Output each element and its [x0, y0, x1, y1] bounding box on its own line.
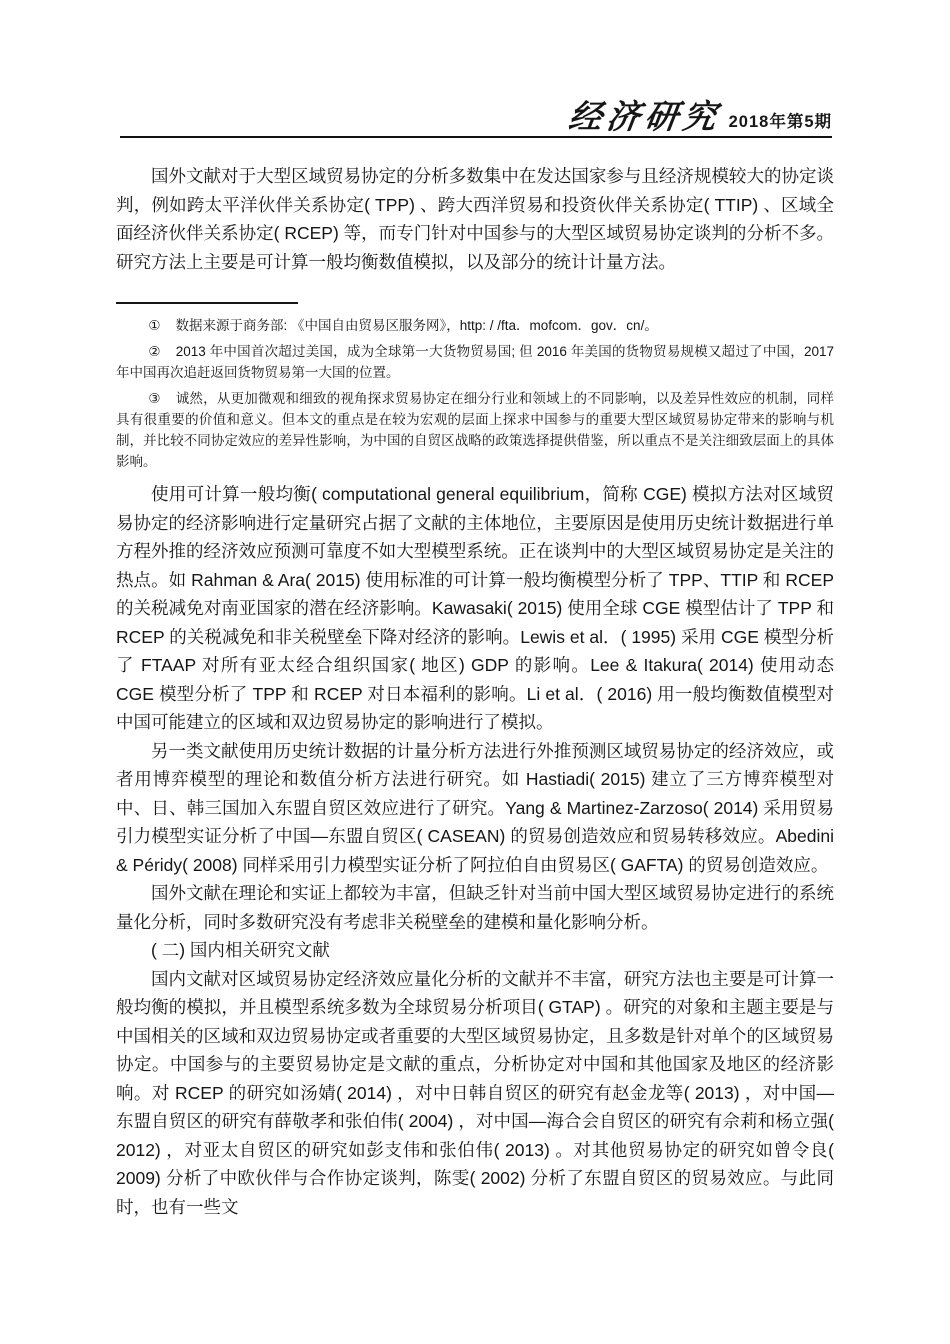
- econometric-literature-paragraph: 另一类文献使用历史统计数据的计量分析方法进行外推预测区域贸易协定的经济效应，或者…: [116, 737, 834, 880]
- domestic-literature-paragraph: 国内文献对区域贸易协定经济效应量化分析的文献并不丰富，研究方法也主要是可计算一般…: [116, 965, 834, 1222]
- cge-literature-paragraph: 使用可计算一般均衡( computational general equilib…: [116, 480, 834, 737]
- footnote-separator: [116, 302, 298, 304]
- intro-paragraph: 国外文献对于大型区域贸易协定的分析多数集中在发达国家参与且经济规模较大的协定谈判…: [116, 162, 834, 276]
- footnote-item: ③诚然，从更加微观和细致的视角探求贸易协定在细分行业和领域上的不同影响，以及差异…: [116, 388, 834, 472]
- journal-page: 经济研究 2018年第5期 国外文献对于大型区域贸易协定的分析多数集中在发达国家…: [0, 0, 950, 1344]
- footnote-item: ②2013 年中国首次超过美国，成为全球第一大货物贸易国; 但 2016 年美国…: [116, 341, 834, 383]
- foreign-literature-summary-paragraph: 国外文献在理论和实证上都较为丰富，但缺乏针对当前中国大型区域贸易协定进行的系统量…: [116, 879, 834, 936]
- footnote-marker: ③: [148, 391, 160, 406]
- issue-label: 2018年第5期: [729, 113, 832, 133]
- footnote-marker: ①: [148, 318, 160, 333]
- footnote-marker: ②: [148, 344, 160, 359]
- footnotes-block: ①数据来源于商务部: 《中国自由贸易区服务网》，http: / /fta．mof…: [116, 315, 834, 472]
- article-body: 国外文献对于大型区域贸易协定的分析多数集中在发达国家参与且经济规模较大的协定谈判…: [116, 162, 834, 1221]
- page-header: 经济研究 2018年第5期: [120, 0, 832, 138]
- footnote-text: 诚然，从更加微观和细致的视角探求贸易协定在细分行业和领域上的不同影响，以及差异性…: [116, 391, 834, 469]
- header-row: 经济研究 2018年第5期: [120, 100, 832, 133]
- journal-logo: 经济研究: [566, 100, 723, 133]
- section-heading-domestic-literature: ( 二) 国内相关研究文献: [116, 936, 834, 965]
- footnote-item: ①数据来源于商务部: 《中国自由贸易区服务网》，http: / /fta．mof…: [116, 315, 834, 336]
- footnote-text: 数据来源于商务部: 《中国自由贸易区服务网》，http: / /fta．mofc…: [176, 318, 658, 333]
- footnote-text: 2013 年中国首次超过美国，成为全球第一大货物贸易国; 但 2016 年美国的…: [116, 344, 834, 380]
